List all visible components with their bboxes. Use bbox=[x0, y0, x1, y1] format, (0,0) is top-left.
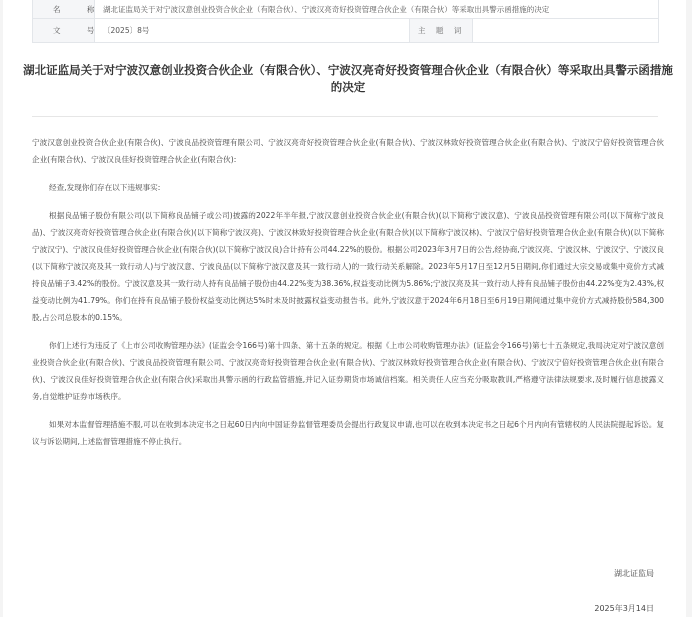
paragraph: 如果对本监督管理措施不服,可以在收到本决定书之日起60日内向中国证券监督管理委员… bbox=[32, 416, 664, 450]
paragraph: 根据良品铺子股份有限公司(以下简称良品铺子或公司)披露的2022年半年报,宁波汉… bbox=[32, 207, 664, 326]
metadata-row-docno: 文 号 〔2025〕8号 主 题 词 bbox=[33, 19, 659, 43]
keywords-label: 主 题 词 bbox=[410, 19, 473, 43]
document-body: 宁波汉意创业投资合伙企业(有限合伙)、宁波良品投资管理有限公司、宁波汉亮奇好投资… bbox=[32, 134, 664, 461]
paragraph: 经查,发现你们存在以下违规事实: bbox=[32, 179, 664, 196]
metadata-table: 名 称 湖北证监局关于对宁波汉意创业投资合伙企业（有限合伙）、宁波汉亮奇好投资管… bbox=[32, 0, 659, 43]
name-label: 名 称 bbox=[33, 0, 95, 19]
doc-number-value: 〔2025〕8号 bbox=[95, 19, 410, 43]
issue-date: 2025年3月14日 bbox=[594, 602, 654, 616]
name-value: 湖北证监局关于对宁波汉意创业投资合伙企业（有限合伙）、宁波汉亮奇好投资管理合伙企… bbox=[95, 0, 659, 19]
title-divider bbox=[32, 116, 658, 117]
metadata-row-name: 名 称 湖北证监局关于对宁波汉意创业投资合伙企业（有限合伙）、宁波汉亮奇好投资管… bbox=[33, 0, 659, 19]
paragraph: 你们上述行为违反了《上市公司收购管理办法》(证监会令166号)第十四条、第十五条… bbox=[32, 337, 664, 405]
doc-number-label: 文 号 bbox=[33, 19, 95, 43]
document-page: 名 称 湖北证监局关于对宁波汉意创业投资合伙企业（有限合伙）、宁波汉亮奇好投资管… bbox=[3, 0, 686, 617]
signatory: 湖北证监局 bbox=[594, 567, 654, 581]
addressee: 宁波汉意创业投资合伙企业(有限合伙)、宁波良品投资管理有限公司、宁波汉亮奇好投资… bbox=[32, 134, 664, 168]
signature-block: 湖北证监局 2025年3月14日 bbox=[594, 567, 654, 616]
document-title: 湖北证监局关于对宁波汉意创业投资合伙企业（有限合伙）、宁波汉亮奇好投资管理合伙企… bbox=[23, 62, 673, 96]
keywords-value bbox=[473, 19, 659, 43]
